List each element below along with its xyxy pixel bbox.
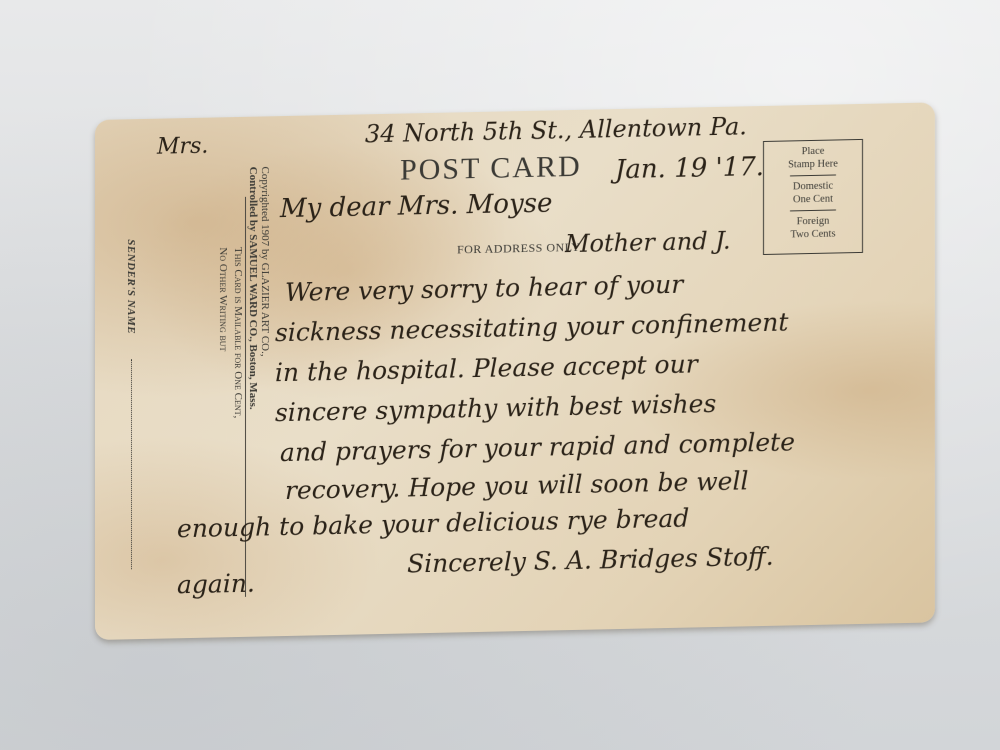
stamp-divider (790, 209, 836, 211)
handwritten-signature: Sincerely S. A. Bridges Stoff. (407, 542, 774, 579)
mailable-line-2: No Other Writing but (215, 247, 230, 419)
mailable-notice: This Card is Mailable for One Cent, No O… (215, 247, 245, 419)
postcard-title: POST CARD (400, 150, 582, 188)
sender-name-dotted-line (131, 359, 132, 569)
handwritten-body-line: recovery. Hope you will soon be well (285, 466, 748, 505)
mailable-line-1: This Card is Mailable for One Cent, (230, 247, 245, 419)
handwritten-mrs: Mrs. (157, 134, 208, 160)
handwritten-body-line: Were very sorry to hear of your (285, 270, 683, 307)
stamp-line-4: One Cent (764, 192, 862, 207)
handwritten-body-line: in the hospital. Please accept our (275, 349, 698, 387)
handwritten-body-line: sickness necessitating your confinement (275, 307, 788, 347)
handwritten-address: 34 North 5th St., Allentown Pa. (365, 112, 747, 148)
handwritten-closing-word: again. (177, 569, 255, 600)
handwritten-greeting: My dear Mrs. Moyse (280, 188, 552, 224)
copyright-line-1: Copyrighted 1907 by GLAZIER ART CO., (259, 166, 271, 409)
handwritten-greeting-addendum: Mother and J. (565, 227, 731, 258)
stamp-divider (790, 174, 836, 176)
postcard: POST CARD FOR ADDRESS ONLY Place Stamp H… (95, 102, 935, 640)
handwritten-body-line: sincere sympathy with best wishes (275, 389, 716, 427)
handwritten-body-line: enough to bake your delicious rye bread (177, 504, 689, 544)
handwritten-date: Jan. 19 '17. (615, 152, 764, 185)
copyright-line-2: Controlled by SAMUEL WARD CO., Boston, M… (247, 167, 259, 410)
sender-name-label: SENDER'S NAME (125, 239, 137, 334)
stamp-box: Place Stamp Here Domestic One Cent Forei… (763, 139, 863, 255)
handwritten-body-line: and prayers for your rapid and complete (280, 427, 795, 467)
for-address-label: FOR ADDRESS ONLY (457, 240, 581, 258)
copyright-notice: Copyrighted 1907 by GLAZIER ART CO., Con… (247, 166, 271, 409)
stamp-line-2: Stamp Here (764, 157, 862, 172)
stamp-line-6: Two Cents (764, 227, 862, 242)
